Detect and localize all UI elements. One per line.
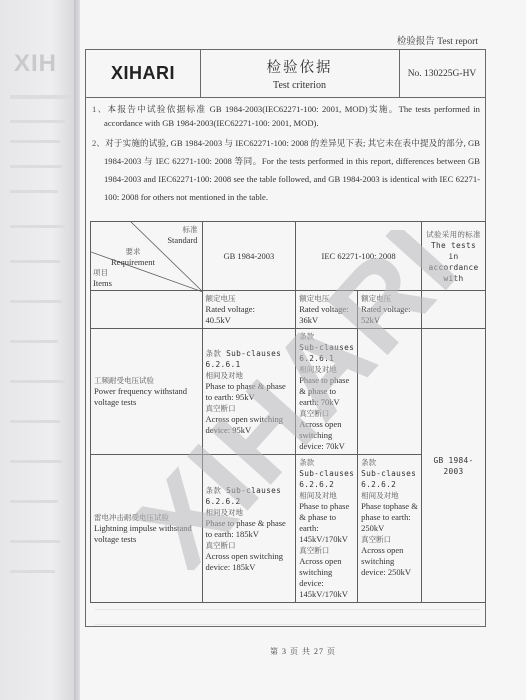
- lightning-iec-36-cell: 条款 Sub-clauses 6.2.6.2 相间及对地 Phase to ph…: [296, 455, 358, 603]
- accordance-value: GB 1984-2003: [434, 456, 474, 476]
- table-row: 工频耐受电压试验 Power frequency withstand volta…: [91, 329, 486, 455]
- lightning-iec-52-cell: 条款 Sub-clauses 6.2.6.2 相间及对地 Phase topha…: [358, 455, 422, 603]
- title-cell: 检验依据 Test criterion: [200, 50, 400, 97]
- rated-value: 40.5kV: [206, 315, 293, 326]
- item-power-frequency: 工频耐受电压试验 Power frequency withstand volta…: [91, 329, 203, 455]
- standard-zh: 标准: [167, 224, 197, 235]
- ghost-text: [10, 340, 58, 343]
- rated-item-cell: [91, 291, 203, 329]
- open-value: 95kV: [232, 425, 251, 435]
- power-frequency-iec-36-cell: 条款 Sub-clauses 6.2.6.1 相间及对地 Phase to ph…: [296, 329, 358, 455]
- clause-number: 6.2.6.2: [206, 496, 293, 507]
- open-value: 70kV: [326, 441, 345, 451]
- accordance-en: The tests in accordance with: [425, 240, 482, 284]
- rated-zh: 额定电压: [206, 293, 293, 304]
- open-zh: 真空断口: [299, 545, 354, 556]
- ghost-text: [10, 540, 60, 543]
- accordance-zh: 试验采用的标准: [425, 229, 482, 240]
- p2p-zh: 相间及对地: [299, 490, 354, 501]
- requirement-zh: 要求: [111, 246, 155, 257]
- p2p-en: Phase tophase & phase to earth:: [361, 501, 418, 522]
- clause-en: Sub-clauses: [299, 468, 354, 479]
- logo-cell: XIHARI: [86, 50, 201, 97]
- header-standard: 标准 Standard: [167, 224, 197, 246]
- column-header-accordance: 试验采用的标准 The tests in accordance with: [422, 222, 486, 291]
- p2p-en: Phase to phase & phase to earth:: [299, 501, 349, 533]
- item-zh: 雷电冲击耐受电压试验: [94, 512, 199, 523]
- p2p-value: 70kV: [321, 397, 340, 407]
- p2p-zh: 相间及对地: [206, 507, 293, 518]
- open-en: Across open switching device:: [299, 556, 341, 588]
- ghost-text: [10, 460, 62, 463]
- running-header: 检验报告 Test report: [397, 33, 478, 47]
- ghost-text: [10, 260, 60, 263]
- clause-zh: 条款: [299, 331, 354, 342]
- clause-en: Sub-clauses: [226, 349, 281, 358]
- table-header-row: 标准 Standard 要求 Requirement 项目 Items GB 1…: [91, 222, 486, 291]
- note-text: 本报告中试验依据标准 GB 1984-2003(IEC62271-100: 20…: [104, 104, 480, 128]
- ghost-text: [10, 140, 60, 143]
- ghost-text: [10, 120, 65, 123]
- column-header-iec: IEC 62271-100: 2008: [296, 222, 422, 291]
- ghost-text: [10, 190, 58, 193]
- rated-zh: 额定电压: [299, 293, 354, 304]
- rated-zh: 额定电压: [361, 293, 418, 304]
- criteria-notes: 1、本报告中试验依据标准 GB 1984-2003(IEC62271-100: …: [92, 103, 480, 210]
- open-value: 145kV/170kV: [299, 589, 348, 599]
- clause-number: 6.2.6.2: [299, 479, 354, 490]
- open-zh: 真空断口: [206, 540, 293, 551]
- clause-zh: 条款: [299, 457, 354, 468]
- rated-en: Rated voltage:: [361, 304, 418, 315]
- criteria-table: 标准 Standard 要求 Requirement 项目 Items GB 1…: [90, 221, 486, 603]
- p2p-value: 185kV: [236, 529, 259, 539]
- standard-en: Standard: [167, 235, 197, 246]
- rated-gb-cell: 额定电压 Rated voltage: 40.5kV: [202, 291, 296, 329]
- page-number: 第 3 页 共 27 页: [0, 646, 526, 657]
- header-items: 项目 Items: [93, 267, 112, 289]
- open-zh: 真空断口: [299, 408, 354, 419]
- rated-value: 52kV: [361, 315, 418, 326]
- header-diagonal-cell: 标准 Standard 要求 Requirement 项目 Items: [91, 222, 203, 291]
- page-title-en: Test criterion: [200, 80, 399, 91]
- clause-number: 6.2.6.2: [361, 479, 418, 490]
- ghost-rule: [10, 95, 70, 99]
- p2p-zh: 相间及对地: [206, 370, 293, 381]
- ghost-text: [10, 500, 58, 503]
- requirement-en: Requirement: [111, 257, 155, 268]
- item-zh: 工频耐受电压试验: [94, 375, 199, 386]
- rated-accordance-cell: [422, 291, 486, 329]
- clause-en: Sub-clauses: [361, 468, 418, 479]
- p2p-value: 145kV/170kV: [299, 534, 348, 544]
- header-requirement: 要求 Requirement: [111, 246, 155, 268]
- note-2: 2、对于实施的试验, GB 1984-2003 与 IEC62271-100: …: [92, 134, 480, 206]
- ghost-text: [10, 570, 55, 573]
- page-title-zh: 检验依据: [200, 56, 399, 77]
- clause-number: 6.2.6.1: [206, 359, 293, 370]
- rated-en: Rated voltage:: [299, 304, 354, 315]
- item-en: Lightning impulse withstand voltage test…: [94, 523, 199, 545]
- lightning-gb-cell: 条款 Sub-clauses 6.2.6.2 相间及对地 Phase to ph…: [202, 455, 296, 603]
- company-logo: XIHARI: [111, 63, 175, 84]
- column-header-gb: GB 1984-2003: [202, 222, 296, 291]
- ghost-text: [10, 300, 62, 303]
- previous-page-edge: XIH: [0, 0, 74, 700]
- report-header: XIHARI 检验依据 Test criterion No. 130225G-H…: [86, 50, 485, 98]
- ghost-text: [10, 165, 62, 168]
- rated-iec-52-cell: 额定电压 Rated voltage: 52kV: [358, 291, 422, 329]
- open-value: 185kV: [232, 562, 255, 572]
- note-number: 2、: [92, 138, 105, 148]
- clause-zh: 条款: [361, 457, 418, 468]
- clause-en: Sub-clauses: [299, 342, 354, 353]
- p2p-value: 250kV: [361, 523, 384, 533]
- power-frequency-iec-52-cell: [358, 329, 422, 455]
- rated-en: Rated voltage:: [206, 304, 293, 315]
- note-1: 1、本报告中试验依据标准 GB 1984-2003(IEC62271-100: …: [92, 103, 480, 130]
- ghost-text: [10, 420, 60, 423]
- item-lightning-impulse: 雷电冲击耐受电压试验 Lightning impulse withstand v…: [91, 455, 203, 603]
- p2p-zh: 相间及对地: [361, 490, 418, 501]
- open-zh: 真空断口: [206, 403, 293, 414]
- power-frequency-gb-cell: 条款 Sub-clauses 6.2.6.1 相间及对地 Phase to ph…: [202, 329, 296, 455]
- clause-zh: 条款: [206, 486, 222, 495]
- note-number: 1、: [92, 104, 107, 114]
- clause-en: Sub-clauses: [226, 486, 281, 495]
- clause-number: 6.2.6.1: [299, 353, 354, 364]
- clause-zh: 条款: [206, 349, 222, 358]
- ghost-text: [10, 225, 65, 228]
- rated-value: 36kV: [299, 315, 354, 326]
- previous-page-logo: XIH: [14, 50, 57, 78]
- items-zh: 项目: [93, 267, 112, 278]
- items-en: Items: [93, 278, 112, 289]
- ghost-text: [10, 380, 65, 383]
- note-text: 对于实施的试验, GB 1984-2003 与 IEC62271-100: 20…: [104, 138, 480, 202]
- report-number: No. 130225G-HV: [399, 50, 485, 97]
- open-zh: 真空断口: [361, 534, 418, 545]
- open-value: 250kV: [388, 567, 411, 577]
- p2p-value: 95kV: [236, 392, 255, 402]
- accordance-value-cell: GB 1984-2003: [422, 329, 486, 603]
- p2p-zh: 相间及对地: [299, 364, 354, 375]
- rated-iec-36-cell: 额定电压 Rated voltage: 36kV: [296, 291, 358, 329]
- rated-voltage-row: 额定电压 Rated voltage: 40.5kV 额定电压 Rated vo…: [91, 291, 486, 329]
- item-en: Power frequency withstand voltage tests: [94, 386, 199, 408]
